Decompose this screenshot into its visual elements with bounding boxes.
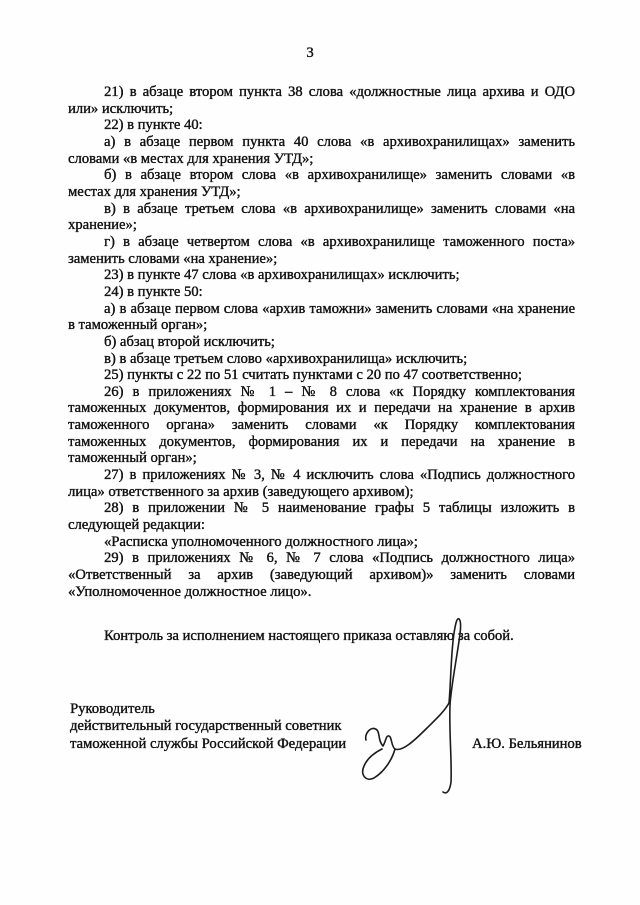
body-paragraph: 21) в абзаце втором пункта 38 слова «дол… <box>68 84 575 117</box>
body-paragraph: в) в абзаце третьем слова «в архивохрани… <box>68 201 575 234</box>
body-paragraph: «Расписка уполномоченного должностного л… <box>68 534 575 551</box>
handwritten-signature-icon <box>352 612 467 797</box>
page-number: 3 <box>0 45 620 62</box>
body-paragraph: в) в абзаце третьем слово «архивохранили… <box>68 351 575 368</box>
body-paragraph: б) абзац второй исключить; <box>68 334 575 351</box>
body-paragraph: б) в абзаце втором слова «в архивохранил… <box>68 167 575 200</box>
signer-title-line: Руководитель <box>70 701 370 718</box>
document-page: 3 21) в абзаце втором пункта 38 слова «д… <box>0 0 640 905</box>
body-paragraph: г) в абзаце четвертом слова «в архивохра… <box>68 234 575 267</box>
body-paragraph: 28) в приложении № 5 наименование графы … <box>68 500 575 533</box>
document-body: 21) в абзаце втором пункта 38 слова «дол… <box>68 84 575 645</box>
body-paragraph: 27) в приложениях № 3, № 4 исключить сло… <box>68 467 575 500</box>
body-paragraph: 29) в приложениях № 6, № 7 слова «Подпис… <box>68 550 575 600</box>
body-paragraph: 24) в пункте 50: <box>68 284 575 301</box>
body-paragraph: 22) в пункте 40: <box>68 117 575 134</box>
body-paragraph: 26) в приложениях № 1 – № 8 слова «к Пор… <box>68 384 575 467</box>
signer-name: А.Ю. Бельянинов <box>472 736 582 753</box>
signer-title-block: Руководитель действительный государствен… <box>70 701 370 753</box>
body-paragraph: а) в абзаце первом слова «архив таможни»… <box>68 301 575 334</box>
amendment-paragraphs: 21) в абзаце втором пункта 38 слова «дол… <box>68 84 575 600</box>
body-paragraph: а) в абзаце первом пункта 40 слова «в ар… <box>68 134 575 167</box>
body-paragraph: 25) пункты с 22 по 51 считать пунктами с… <box>68 367 575 384</box>
control-clause: Контроль за исполнением настоящего прика… <box>68 628 575 645</box>
signer-title-line: действительный государственный советник <box>70 718 370 735</box>
signer-title-line: таможенной службы Российской Федерации <box>70 736 370 753</box>
body-paragraph: 23) в пункте 47 слова «в архивохранилища… <box>68 267 575 284</box>
